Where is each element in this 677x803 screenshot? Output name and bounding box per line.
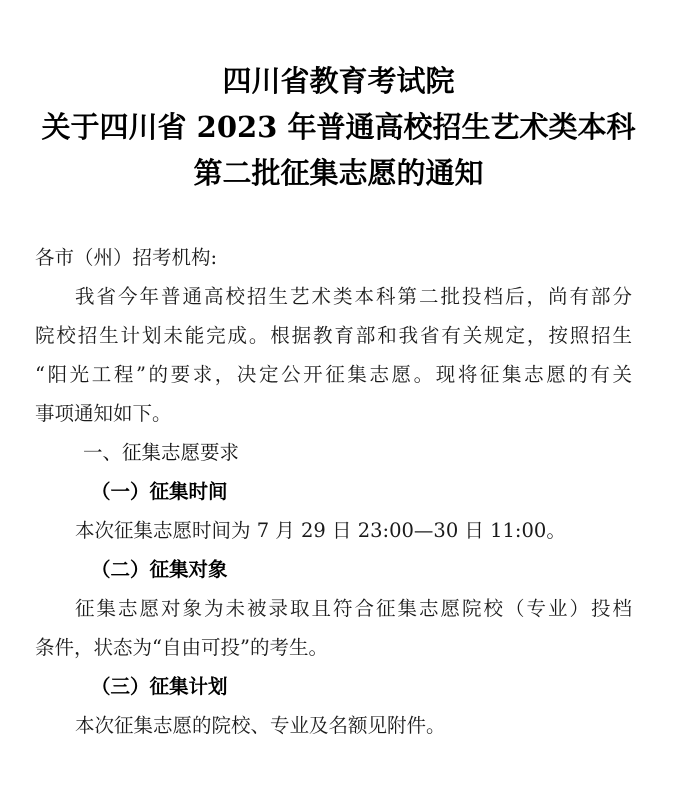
intro-paragraph-line: 院校招生计划未能完成。根据教育部和我省有关规定，按照招生: [35, 316, 632, 355]
subsection-heading-target: （二）征集对象: [35, 550, 635, 589]
subsection-text-target: 条件，状态为“自由可投”的考生。: [35, 628, 635, 667]
intro-paragraph-line: 事项通知如下。: [35, 394, 635, 433]
document-title: 四川省教育考试院 关于四川省 2023 年普通高校招生艺术类本科 第二批征集志愿…: [0, 58, 677, 196]
title-line-subject-cont: 第二批征集志愿的通知: [0, 150, 677, 196]
intro-paragraph-line: 我省今年普通高校招生艺术类本科第二批投档后，尚有部分: [35, 277, 632, 316]
title-line-subject: 关于四川省 2023 年普通高校招生艺术类本科: [0, 104, 677, 150]
intro-paragraph-line: “阳光工程”的要求，决定公开征集志愿。现将征集志愿的有关: [35, 355, 632, 394]
subsection-heading-plan: （三）征集计划: [35, 667, 635, 706]
title-line-issuer: 四川省教育考试院: [0, 58, 677, 104]
subsection-text-plan: 本次征集志愿的院校、专业及名额见附件。: [35, 706, 635, 745]
subsection-heading-time: （一）征集时间: [35, 472, 635, 511]
document-body: 各市（州）招考机构: 我省今年普通高校招生艺术类本科第二批投档后，尚有部分 院校…: [35, 238, 635, 745]
salutation: 各市（州）招考机构:: [35, 238, 635, 277]
subsection-text-time: 本次征集志愿时间为 7 月 29 日 23:00—30 日 11:00。: [35, 511, 635, 550]
subsection-text-target: 征集志愿对象为未被录取且符合征集志愿院校（专业）投档: [35, 589, 632, 628]
section-heading-requirements: 一、征集志愿要求: [35, 433, 635, 472]
